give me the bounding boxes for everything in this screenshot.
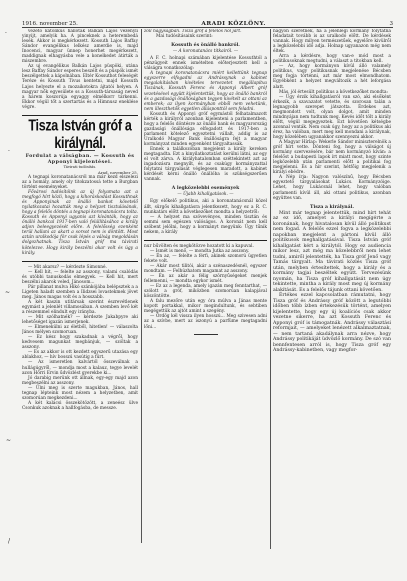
newspaper-page: 1916. november 25. ARADI KÖZLÖNY. 3 veze… [0,0,407,581]
paragraph: Pár pillanat mulva Hikó szánkójába belép… [22,285,138,300]
paragraph: Fővárosi tudósítóink az új folyamata azt… [22,190,138,256]
paragraph: Jó darabig merünk ott állnak, egy-egy ma… [22,376,138,386]
paragraph: A tegnapi koronatanácsra miért kellettün… [144,71,267,111]
paragraph: Arra a kérdésre, hogy van-e mód most a p… [273,54,391,64]
header-date: 1916. november 25. [22,21,78,27]
paragraph: A két kaszin utitársak szerint észrevétl… [22,300,138,315]
section-subtitle: — A koronatanács titkairól. — [144,49,267,54]
section-subtitle: — Újabb kihallgatások. — [144,192,267,197]
newspaper-title: ARADI KÖZLÖNY. [201,21,266,27]
page-header: 1916. november 25. ARADI KÖZLÖNY. 3 [22,18,393,28]
column-2: zoll nagyságban. Tisza gróf a felelős nő… [144,29,267,548]
column-3: nagyon szeretnék, ha a jelenlegi kormány… [273,29,391,548]
paragraph: — Az ismeretlen kalvártól összeválnak a … [22,360,138,375]
column-1: vezető katolikus hallotak Balkán Lajos v… [22,29,138,568]
column-divider-1 [141,29,142,543]
section-rule [22,261,138,262]
scan-mark: · [5,30,7,37]
scan-mark: ~ [5,289,10,296]
column-divider-2 [270,29,271,549]
main-headline: Tisza István gróf a királynál. [22,116,138,151]
page-number: 3 [390,21,394,27]
paragraph: — Úgy érzik kihallgatásról van szó, aki … [273,95,391,140]
paragraph: vezető katolikus hallotak Balkán Lajos v… [22,29,138,64]
scan-mark: · [8,148,10,155]
section-rule [144,240,267,241]
paragraph: nagyon szeretnék, ha a jelenlegi kormány… [273,29,391,54]
paragraph: — Kell hit, — felelte az asszony, valami… [22,270,138,285]
paragraph: — Akár most tilitói, akár a szénaszedésn… [144,264,267,274]
paragraph: — A helyzet ma szövevényes, minden tiszt… [144,215,267,235]
paragraph: — Ez kész hogy szakadnak a végről, hogy … [22,335,138,350]
paragraph: Más, jól értesült politikus a következők… [273,90,391,95]
paragraph: Értékes ezzel kapcsolatban rámutatni, ho… [273,293,391,354]
paragraph: — Ülni meg is szerte magukban, János, ha… [22,386,138,401]
paragraph: Kossuth és Apponyi gróf egymástól felhat… [144,112,267,147]
paragraph: A falu mezőre után egy óra múlva a Jánas… [144,299,267,314]
paragraph: — Én az akár a félig szörnyűségeket menj… [144,274,267,284]
lead-text: Mai tudósításaink szerint: [144,34,267,39]
paragraph: — Mit szólhatnék? — kérdezte Jakabpyre a… [22,315,138,325]
paragraph: Ennek a találkozóban megjelent a király … [144,147,267,182]
paragraph: — Es az akkor is ott kezdett egyszerű ut… [22,350,138,360]
paragraph: — Én az, — felelte a férfi, akinek szomo… [144,254,267,264]
paragraph: — Az, hogy kormányon kívül álló valamely… [273,64,391,89]
paragraph: — Ez az a legenda, amely igazán meg fenn… [144,284,267,299]
section-title-events: A legközelebbi események [144,186,267,191]
paragraph: Mint már tegnap jelentettük, mind hírt t… [273,211,391,294]
paragraph: Egy előkelő politikus, aki a koronatanác… [144,199,267,214]
paragraph: A F. C. holnapi számában kijelentése Kos… [144,56,267,71]
paragraph: A két kalácsi összekötözött, a zeneész ü… [22,401,138,411]
end-rule [194,334,218,335]
paragraph: A Nép írja: Nagyon valószínű, hogy Bécsb… [273,175,391,200]
paragraph: Az uj evangélikus Balkán Lajos püspöki, … [22,64,138,109]
paragraph: — Ördög kél vissza ilyen hosszú... Meg s… [144,314,267,329]
subheadline: Fordulat a válságban. — Kossuth és Appon… [22,153,138,165]
scan-mark: ~ [6,437,11,444]
scan-mark: / [8,538,10,545]
paragraph: — Elmenekülni az életből, hitetlen! — vá… [22,325,138,335]
section-title-tisza: Tisza a királynál. [273,205,391,210]
section-title-kossuth: Kossuth és önálló bankról. [144,43,267,48]
paragraph: A tegnapi koronatanácsról ma már kezd el… [22,175,138,190]
paragraph: A Magyar Hírlap: Wekerle Sándor miniszte… [273,140,391,175]
